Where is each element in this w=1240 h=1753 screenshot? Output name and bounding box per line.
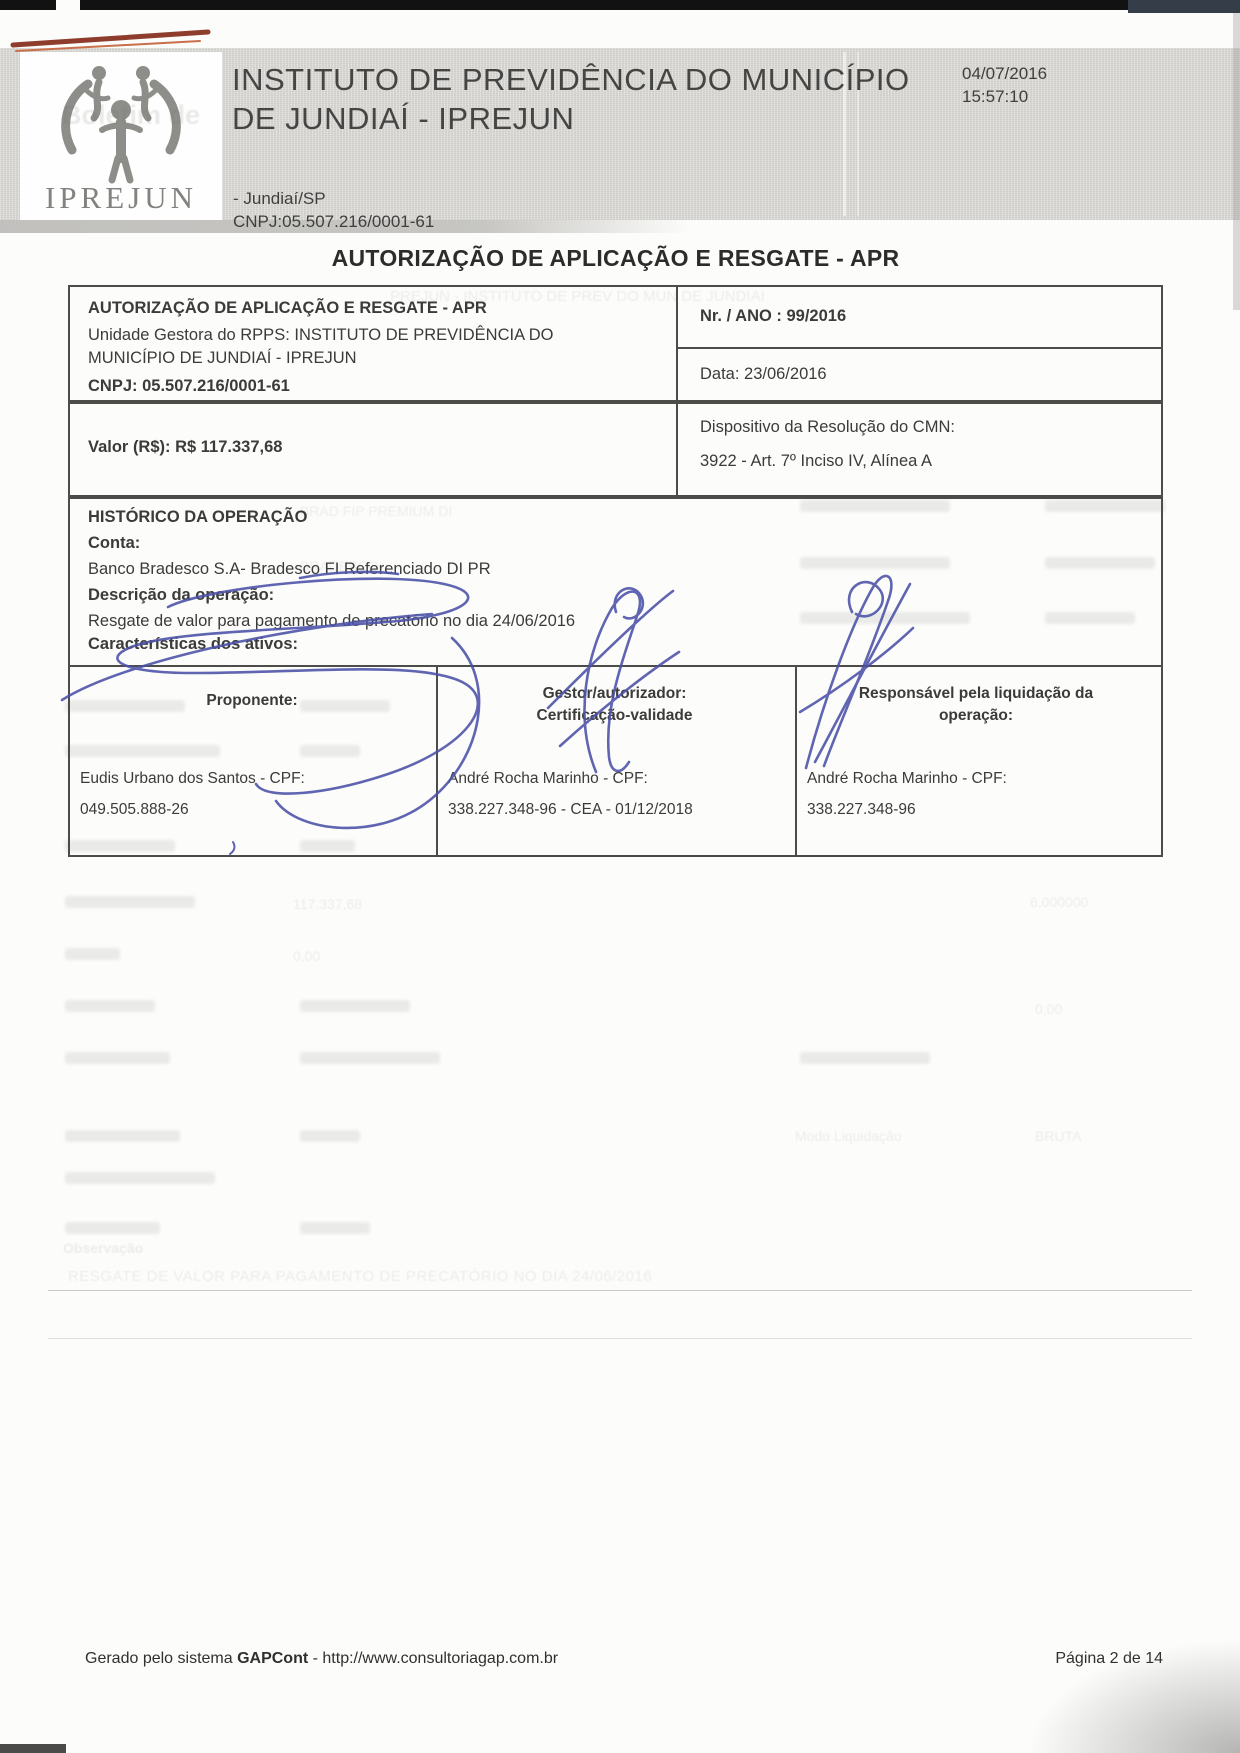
signature-role-responsavel: Responsável pela liquidação da operação: [795, 683, 1157, 726]
ghost-text: 6,000000 [1030, 894, 1088, 910]
role-line1: Gestor/autorizador: [436, 683, 793, 705]
unidade-gestora-line1: Unidade Gestora do RPPS: INSTITUTO DE PR… [88, 324, 554, 347]
footer-generated: Gerado pelo sistema GAPCont - http://www… [85, 1650, 558, 1668]
table-divider [676, 287, 678, 400]
historico-heading: HISTÓRICO DA OPERAÇÃO [88, 506, 307, 529]
ghost-text: Observação [63, 1240, 143, 1256]
name-line2: 049.505.888-26 [80, 799, 305, 821]
conta-value: Banco Bradesco S.A- Bradesco FI Referenc… [88, 558, 491, 581]
ghost-smudge [300, 1052, 440, 1064]
header-cnpj: CNPJ:05.507.216/0001-61 [233, 210, 434, 233]
nr-ano-value: Nr. / ANO : 99/2016 [700, 305, 846, 328]
conta-label: Conta: [88, 532, 140, 555]
ghost-smudge [65, 896, 195, 908]
page-title: AUTORIZAÇÃO DE APLICAÇÃO E RESGATE - APR [68, 245, 1163, 272]
ghost-smudge [65, 1222, 160, 1234]
ghost-smudge [300, 1000, 410, 1012]
ghost-smudge [65, 1172, 215, 1184]
ghost-smudge [300, 1130, 360, 1142]
scan-bottom-left-mark [0, 1744, 66, 1753]
org-name-line2: DE JUNDIAÍ - IPREJUN [232, 99, 910, 138]
org-name-line1: INSTITUTO DE PREVIDÊNCIA DO MUNICÍPIO [232, 60, 910, 99]
ghost-smudge [65, 1052, 170, 1064]
print-date: 04/07/2016 [962, 62, 1047, 85]
name-line1: Eudis Urbano dos Santos - CPF: [80, 768, 305, 790]
signature-name-proponente: Eudis Urbano dos Santos - CPF: 049.505.8… [80, 768, 305, 820]
signature-role-gestor: Gestor/autorizador: Certificação-validad… [436, 683, 793, 726]
name-line2: 338.227.348-96 [807, 799, 1007, 821]
print-time: 15:57:10 [962, 85, 1047, 108]
print-datetime: 04/07/2016 15:57:10 [962, 62, 1047, 108]
descricao-value: Resgate de valor para pagamento de preca… [88, 610, 575, 633]
ghost-text: 0,00 [293, 948, 320, 964]
ghost-text: Boletim de [62, 100, 200, 131]
ghost-smudge [65, 1130, 180, 1142]
scan-top-bar-notch [56, 0, 80, 10]
footer-generated-prefix: Gerado pelo sistema [85, 1650, 237, 1667]
name-line1: André Rocha Marinho - CPF: [448, 768, 693, 790]
ghost-smudge [65, 948, 120, 960]
scan-top-bar [0, 0, 1132, 10]
logo-caption: IPREJUN [20, 180, 222, 216]
unidade-gestora-line2: MUNICÍPIO DE JUNDIAÍ - IPREJUN [88, 347, 357, 370]
signature-role-proponente: Proponente: [70, 690, 434, 712]
scanned-apr-document: IPREJUN INSTITUTO DE PREVIDÊNCIA DO MUNI… [0, 0, 1240, 1753]
ghost-text: 0,00 [1035, 1001, 1062, 1017]
signature-name-responsavel: André Rocha Marinho - CPF: 338.227.348-9… [807, 768, 1007, 820]
footer-generated-suffix: - http://www.consultoriagap.com.br [308, 1650, 558, 1667]
ghost-smudge [65, 1000, 155, 1012]
ghost-smudge [300, 1222, 370, 1234]
data-value: Data: 23/06/2016 [700, 363, 827, 386]
role-line1: Proponente: [70, 690, 434, 712]
header-city: - Jundiaí/SP [233, 187, 326, 210]
org-name: INSTITUTO DE PREVIDÊNCIA DO MUNICÍPIO DE… [232, 60, 910, 138]
ghost-smudge [800, 1052, 930, 1064]
iprejun-logo-box: IPREJUN [20, 52, 222, 220]
role-line2: operação: [795, 705, 1157, 727]
dispositivo-label: Dispositivo da Resolução do CMN: [700, 416, 955, 439]
ghost-text: Modo Liquidação [795, 1128, 902, 1144]
role-line1: Responsável pela liquidação da [795, 683, 1157, 705]
name-line1: André Rocha Marinho - CPF: [807, 768, 1007, 790]
scan-right-edge-streak [1233, 10, 1240, 310]
name-line2: 338.227.348-96 - CEA - 01/12/2018 [448, 799, 693, 821]
footer-system-name: GAPCont [237, 1650, 308, 1667]
dispositivo-value: 3922 - Art. 7º Inciso IV, Alínea A [700, 450, 932, 473]
scan-bottom-right-shadow [1010, 1630, 1240, 1753]
ghost-box-line [48, 1338, 1192, 1339]
ghost-text: RESGATE DE VALOR PARA PAGAMENTO DE PRECA… [68, 1268, 652, 1285]
apr-heading: AUTORIZAÇÃO DE APLICAÇÃO E RESGATE - APR [88, 297, 487, 320]
role-line2: Certificação-validade [436, 705, 793, 727]
scan-top-right-corner [1128, 0, 1240, 13]
valor-value: Valor (R$): R$ 117.337,68 [88, 436, 282, 459]
table-divider [676, 347, 1161, 349]
descricao-label: Descrição da operação: [88, 584, 274, 607]
ghost-text: 117.337,68 [293, 896, 362, 912]
ghost-box-line [48, 1290, 1192, 1291]
ghost-text: BRUTA [1035, 1128, 1081, 1144]
table-divider [676, 404, 678, 495]
signature-name-gestor: André Rocha Marinho - CPF: 338.227.348-9… [448, 768, 693, 820]
cnpj-value: CNPJ: 05.507.216/0001-61 [88, 375, 290, 398]
caracteristicas-label: Características dos ativos: [88, 633, 298, 656]
